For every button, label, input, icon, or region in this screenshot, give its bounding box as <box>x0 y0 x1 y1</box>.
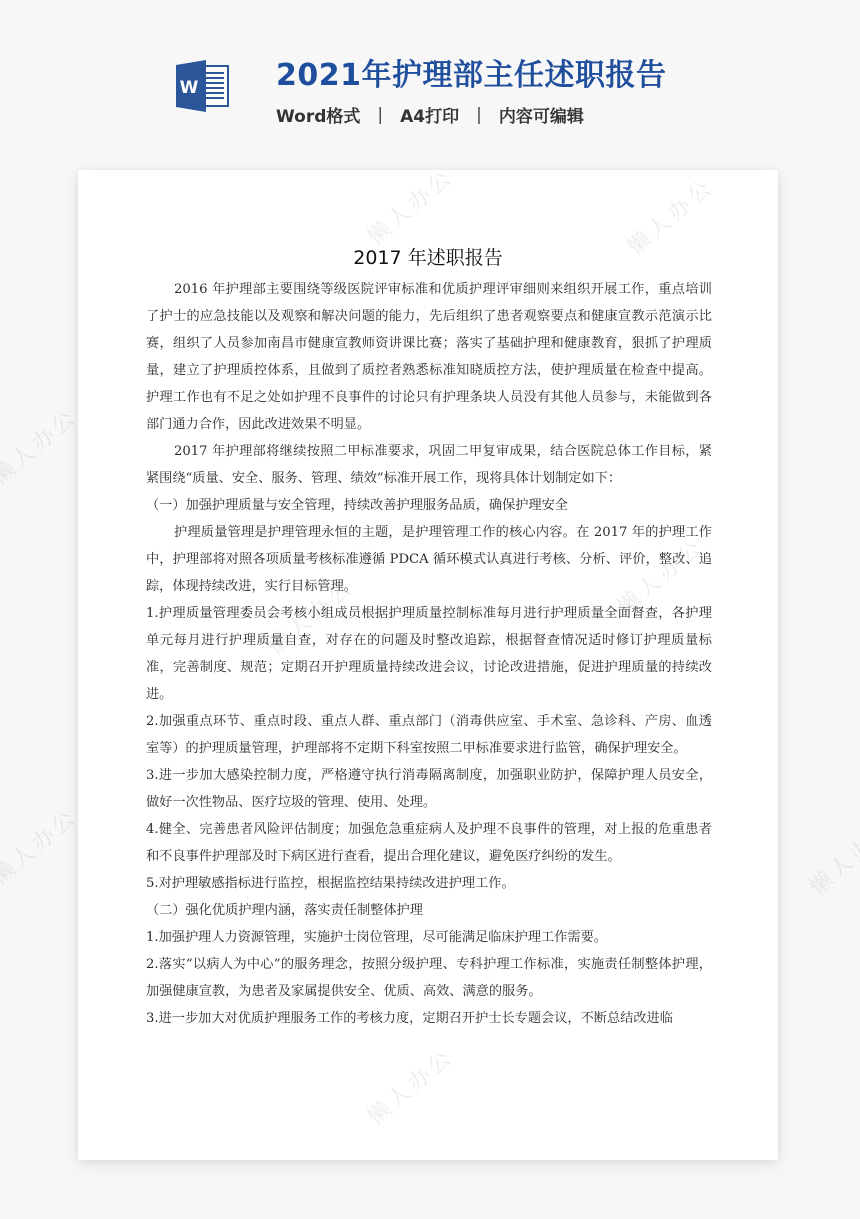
paragraph: 2017 年护理部将继续按照二甲标准要求，巩固二甲复审成果，结合医院总体工作目标… <box>146 438 712 492</box>
separator: | <box>476 105 482 125</box>
list-item: 3.进一步加大感染控制力度，严格遵守执行消毒隔离制度，加强职业防护，保障护理人员… <box>146 762 712 816</box>
watermark: 懒人办公 <box>360 1040 460 1131</box>
format-tags: Word格式 | A4打印 | 内容可编辑 <box>276 102 584 127</box>
document-page: 懒人办公 懒人办公 懒人办公 懒人办公 懒人办公 2017 年述职报告 2016… <box>78 170 778 1160</box>
page-title: 2021年护理部主任述职报告 <box>276 50 667 94</box>
watermark: 懒人办公 <box>0 800 84 891</box>
document-body: 2016 年护理部主要围绕等级医院评审标准和优质护理评审细则来组织开展工作，重点… <box>146 276 712 1032</box>
list-item: 1.护理质量管理委员会考核小组成员根据护理质量控制标准每月进行护理质量全面督查，… <box>146 600 712 708</box>
section-heading: （二）强化优质护理内涵，落实责任制整体护理 <box>146 897 712 924</box>
separator: | <box>377 105 383 125</box>
tag-editable: 内容可编辑 <box>499 102 584 127</box>
section-heading: （一）加强护理质量与安全管理，持续改善护理服务品质，确保护理安全 <box>146 492 712 519</box>
document-title: 2017 年述职报告 <box>78 243 778 270</box>
watermark: 懒人办公 <box>802 810 860 901</box>
paragraph: 2016 年护理部主要围绕等级医院评审标准和优质护理评审细则来组织开展工作，重点… <box>146 276 712 438</box>
header: W 2021年护理部主任述职报告 Word格式 | A4打印 | 内容可编辑 <box>0 0 860 160</box>
list-item: 2.加强重点环节、重点时段、重点人群、重点部门（消毒供应室、手术室、急诊科、产房… <box>146 708 712 762</box>
list-item: 4.健全、完善患者风险评估制度；加强危急重症病人及护理不良事件的管理，对上报的危… <box>146 816 712 870</box>
paragraph: 护理质量管理是护理管理永恒的主题，是护理管理工作的核心内容。在 2017 年的护… <box>146 519 712 600</box>
list-item: 1.加强护理人力资源管理，实施护士岗位管理，尽可能满足临床护理工作需要。 <box>146 924 712 951</box>
list-item: 5.对护理敏感指标进行监控，根据监控结果持续改进护理工作。 <box>146 870 712 897</box>
tag-a4-print: A4打印 <box>400 102 459 127</box>
watermark: 懒人办公 <box>360 170 460 251</box>
word-document-icon: W <box>176 60 230 112</box>
list-item: 2.落实“以病人为中心”的服务理念，按照分级护理、专科护理工作标准，实施责任制整… <box>146 951 712 1005</box>
svg-text:W: W <box>180 78 199 98</box>
watermark: 懒人办公 <box>0 400 84 491</box>
list-item: 3.进一步加大对优质护理服务工作的考核力度，定期召开护士长专题会议，不断总结改进… <box>146 1005 712 1032</box>
tag-word-format: Word格式 <box>276 102 360 127</box>
